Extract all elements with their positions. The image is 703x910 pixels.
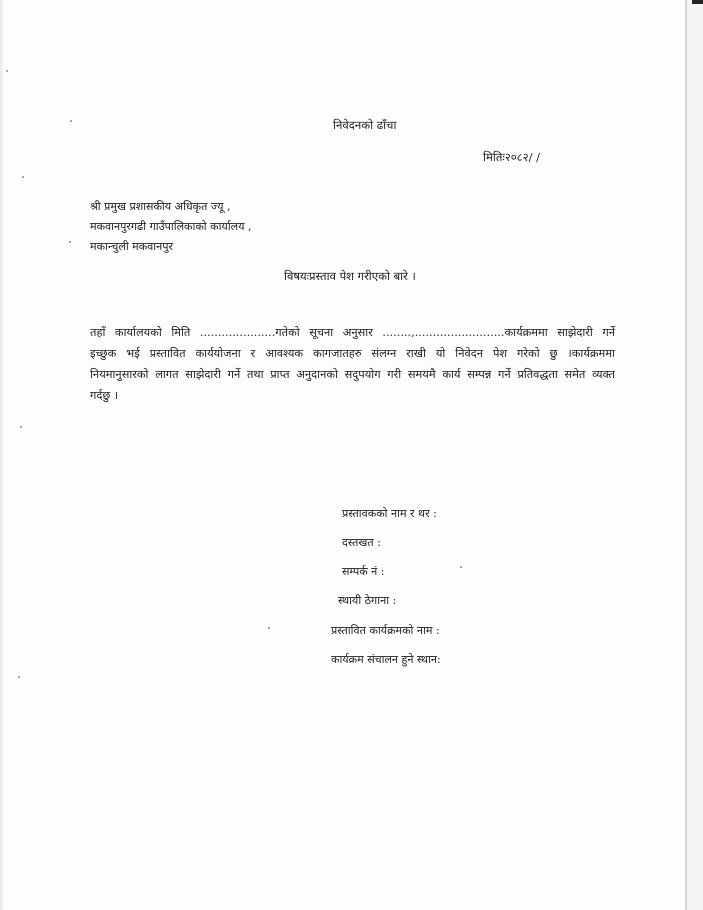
field-contact-number: सम्पर्क नं : bbox=[342, 566, 384, 577]
scan-corner-mark bbox=[692, 0, 703, 4]
scan-speck bbox=[22, 176, 24, 178]
scan-margin bbox=[687, 0, 703, 910]
scanned-page: निवेदनको ढाँचा मितिः२०८२/ / श्री प्रमुख … bbox=[0, 0, 685, 910]
field-signature: दस्तखत : bbox=[342, 537, 381, 548]
recipient-line-1: श्री प्रमुख प्रशासकीय अधिकृत ज्यू , bbox=[90, 201, 231, 212]
recipient-line-3: मकान्चुली मकवानपुर bbox=[90, 241, 173, 252]
scan-speck bbox=[18, 676, 20, 678]
scan-speck bbox=[20, 426, 22, 428]
body-line-4: गर्दछु । bbox=[90, 390, 615, 401]
scan-speck bbox=[460, 566, 462, 568]
body-line-3: नियमानुसारको लागत साझेदारी गर्ने तथा प्र… bbox=[90, 369, 615, 380]
recipient-line-2: मकवानपुरगढी गाउँपालिकाको कार्यालय , bbox=[90, 221, 252, 232]
field-permanent-address: स्थायी ठेगाना : bbox=[338, 595, 396, 606]
scan-speck bbox=[268, 627, 270, 629]
scan-speck bbox=[6, 70, 8, 72]
body-line-1: तहाँ कार्यालयको मिति ...................… bbox=[90, 327, 615, 338]
field-program-location: कार्यक्रम संचालन हुने स्थान: bbox=[331, 654, 441, 665]
scan-speck bbox=[70, 120, 72, 122]
date-field: मितिः२०८२/ / bbox=[483, 152, 540, 164]
field-program-name: प्रस्तावित कार्यक्रमको नाम : bbox=[331, 625, 440, 636]
scan-speck bbox=[69, 241, 71, 243]
page-edge-shadow bbox=[0, 0, 4, 910]
body-line-2: इच्छुक भई प्रस्तावित कार्ययोजना र आवश्यक… bbox=[90, 348, 615, 359]
subject-line: विषयःप्रस्ताव पेश गरीएको बारे । bbox=[284, 271, 416, 283]
document-title: निवेदनको ढाँचा bbox=[333, 120, 396, 132]
field-proposer-name: प्रस्तावकको नाम र थर : bbox=[342, 508, 437, 519]
